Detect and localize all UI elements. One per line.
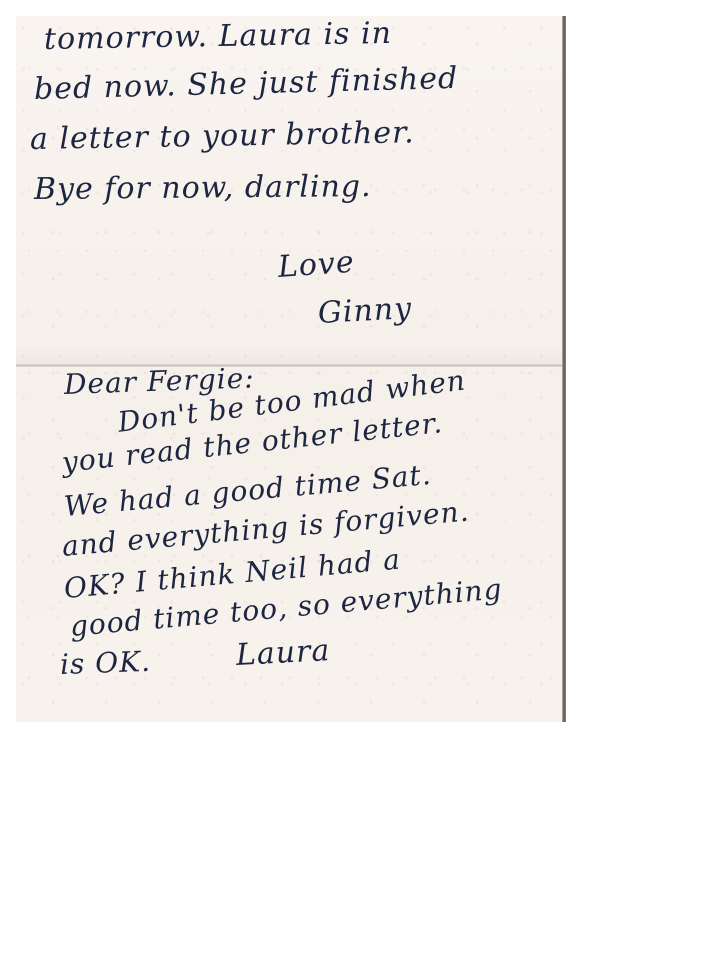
handwritten-line: is OK. [59, 645, 151, 681]
paper-right-edge-shadow [562, 16, 566, 722]
handwritten-line: Bye for now, darling. [34, 169, 372, 207]
handwritten-line: tomorrow. Laura is in [44, 16, 392, 57]
signature-laura: Laura [235, 633, 331, 673]
fold-shadow [16, 344, 564, 364]
handwritten-line: a letter to your brother. [30, 115, 415, 157]
signature-ginny: Ginny [317, 291, 413, 331]
closing-love: Love [277, 245, 356, 285]
